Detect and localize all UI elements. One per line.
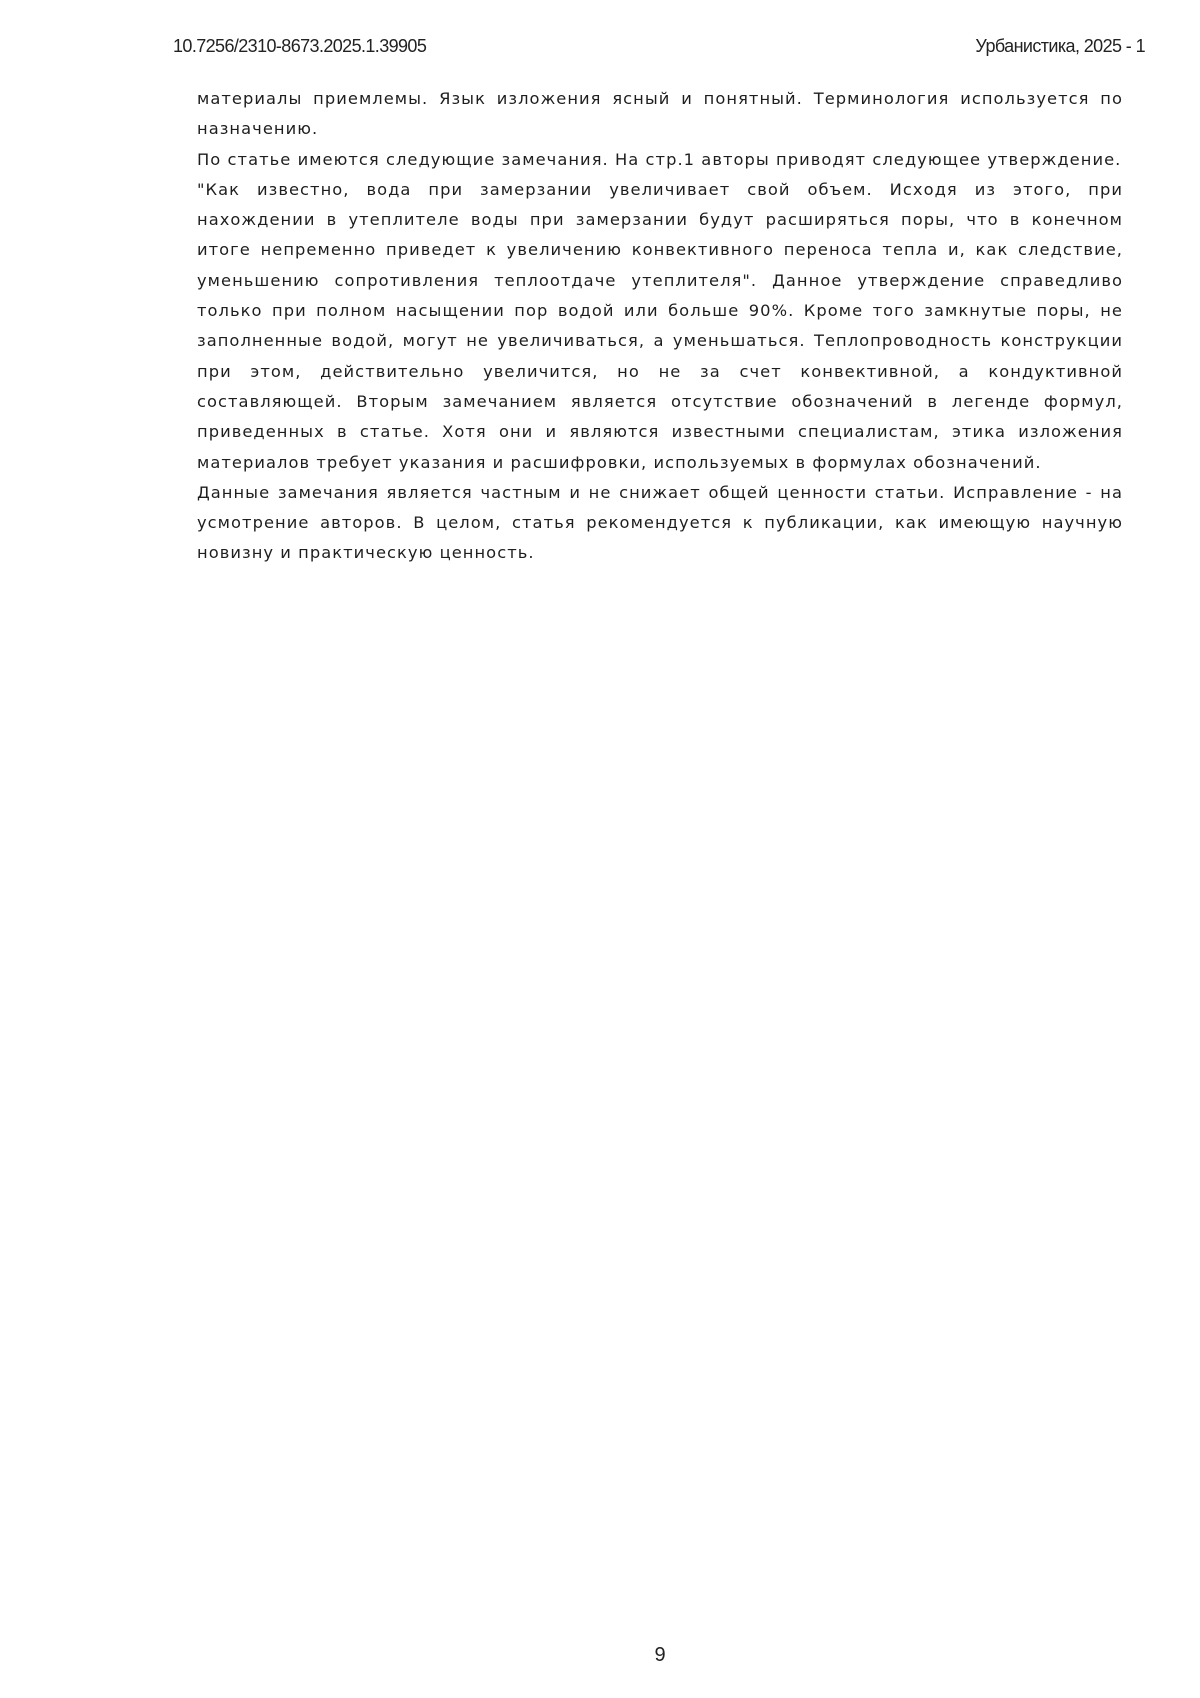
paragraph-remarks-lead: По статье имеются следующие замечания. Н… [197,145,1123,175]
journal-issue: Урбанистика, 2025 - 1 [975,36,1145,57]
paragraph-intro: материалы приемлемы. Язык изложения ясны… [197,84,1123,145]
doi-identifier: 10.7256/2310-8673.2025.1.39905 [173,36,426,57]
running-header: 10.7256/2310-8673.2025.1.39905 Урбанисти… [173,36,1145,60]
review-body: материалы приемлемы. Язык изложения ясны… [197,84,1123,569]
page-number: 9 [0,1644,1200,1667]
paragraph-conclusion: Данные замечания является частным и не с… [197,478,1123,569]
paragraph-quoted-statement: "Как известно, вода при замерзании увели… [197,175,1123,478]
